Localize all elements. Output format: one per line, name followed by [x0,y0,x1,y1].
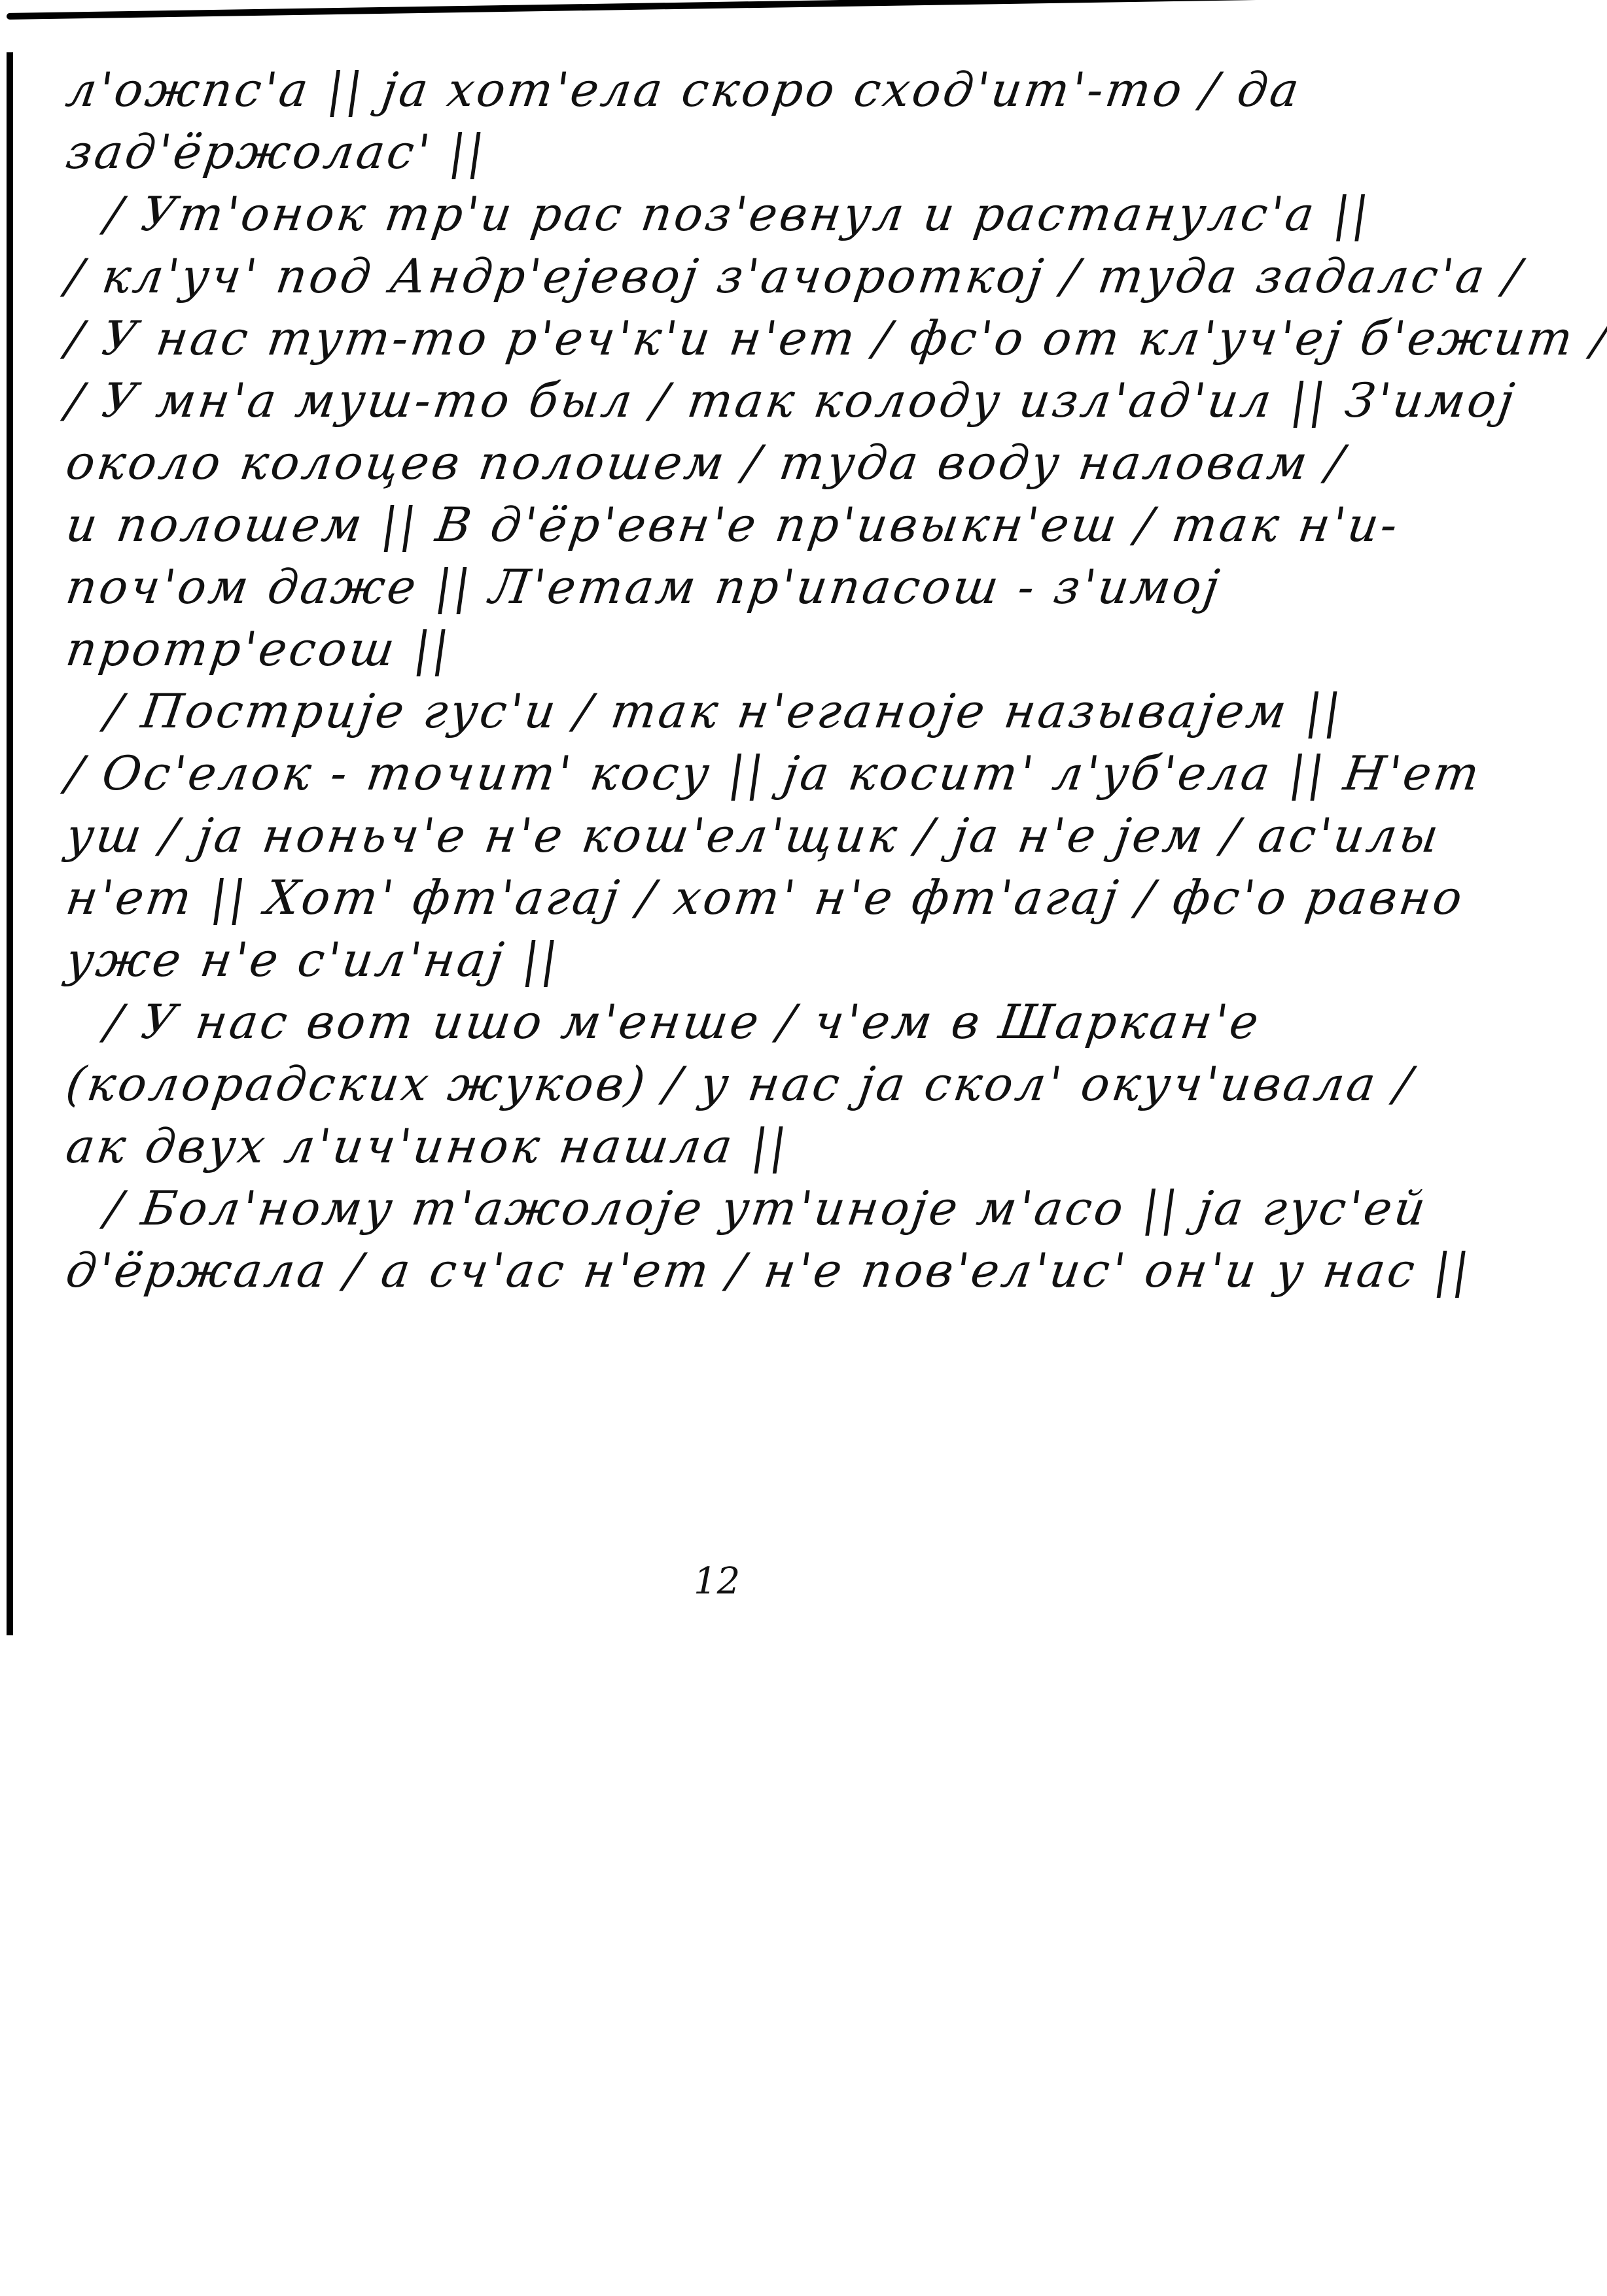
text-line: поч'ом даже || Л'етам пр'ипасош - з'имој [62,556,1379,618]
text-line: / Ос'елок - точит' косу || ја косит' л'у… [62,742,1379,805]
text-line: и полошем || В д'ёр'евн'е пр'ивыкн'еш / … [62,494,1379,556]
text-line: / Пострије гус'и / так н'еганоје называj… [62,680,1379,742]
text-line: н'ет || Хот' фт'агај / хот' н'е фт'агај … [62,867,1379,929]
text-line: уже н'е с'ил'нај || [62,929,1379,991]
text-line: / У мн'а муш-то был / так колоду изл'ад'… [62,370,1379,432]
text-line: д'ёржала / а сч'ас н'ет / н'е пов'ел'ис'… [62,1240,1379,1302]
text-line: / У нас вот ишо м'енше / ч'ем в Шаркан'е [62,991,1379,1053]
text-line: (колорадских жуков) / у нас ја скол' оку… [62,1053,1379,1115]
handwritten-text-block: л'ожпс'а || ја хот'ела скоро сход'ит'-то… [62,59,1371,1302]
text-line: / кл'уч' под Андр'ејевој з'ачороткој / т… [62,245,1379,307]
text-line: уш / ја ноньч'е н'е кош'ел'щик / ја н'е … [62,805,1379,867]
text-line: около колоцев полошем / туда воду налова… [62,432,1379,494]
text-line: протр'есош || [62,618,1379,680]
page-left-border [7,52,13,1635]
text-line: зад'ёржолас' || [62,121,1379,183]
text-line: л'ожпс'а || ја хот'ела скоро сход'ит'-то… [62,59,1379,121]
text-line: / У нас тут-то р'еч'к'и н'ет / фс'о от к… [62,307,1379,370]
scanned-page: л'ожпс'а || ја хот'ела скоро сход'ит'-то… [0,0,1607,2296]
page-top-border [7,0,1302,20]
text-line: / Ут'онок тр'и рас поз'евнул и растанулс… [62,183,1379,245]
text-line: ак двух л'ич'инок нашла || [62,1115,1379,1177]
text-line: / Бол'ному т'ажолоје ут'иноје м'асо || ј… [62,1177,1379,1240]
page-number: 12 [694,1560,740,1603]
